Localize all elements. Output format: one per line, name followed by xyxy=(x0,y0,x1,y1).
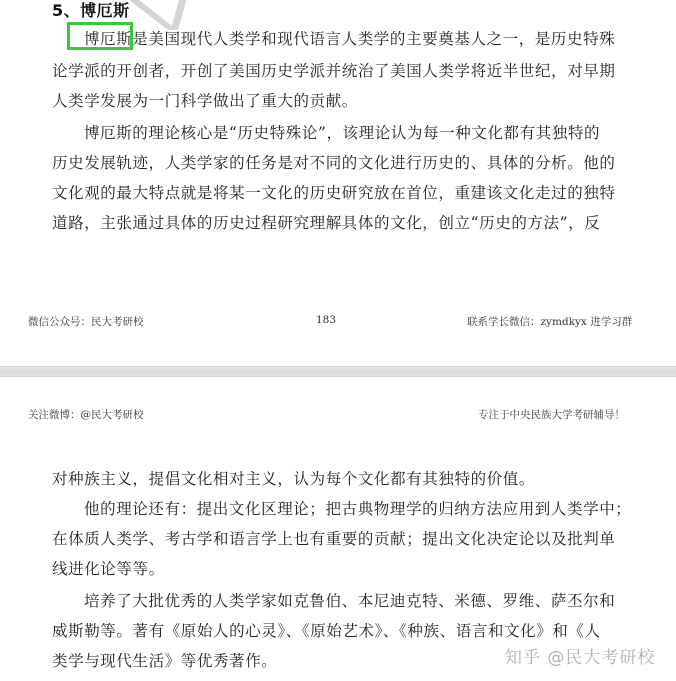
header-slogan: 专注于中央民族大学考研辅导！ xyxy=(478,407,625,422)
paragraph-line: 文化观的最大特点就是将某一文化的历史研究放在首位，重建该文化走过的独特 xyxy=(52,183,616,203)
paragraph-line: 论学派的开创者，开创了美国历史学派并统治了美国人类学将近半世纪，对早期 xyxy=(52,61,616,81)
paragraph-line: 类学与现代生活》等优秀著作。 xyxy=(52,651,277,671)
paragraph-line: 在体质人类学、考古学和语言学上也有重要的贡献；提出文化决定论以及批判单 xyxy=(52,529,616,549)
paragraph-line: 他的理论还有：提出文化区理论；把古典物理学的归纳方法应用到人类学中； xyxy=(84,499,631,519)
page-number: 183 xyxy=(316,314,336,326)
paragraph-line: 历史发展轨迹，人类学家的任务是对不同的文化进行历史的、具体的分析。他的 xyxy=(52,153,616,173)
header-weibo: 关注微博：@民大考研校 xyxy=(28,407,144,422)
document-page-183: 5、博厄斯 博厄斯是美国现代人类学和现代语言人类学的主要奠基人之一，是历史特殊 … xyxy=(0,0,676,366)
paragraph-line: 人类学发展为一门科学做出了重大的贡献。 xyxy=(52,91,358,111)
zhihu-watermark: 知乎 @民大考研校 xyxy=(505,643,655,668)
paragraph-line: 道路，主张通过具体的历史过程研究理解具体的文化，创立“历史的方法”，反 xyxy=(52,213,600,233)
paragraph-line: 对种族主义，提倡文化相对主义，认为每个文化都有其独特的价值。 xyxy=(52,469,535,489)
paragraph-line: 威斯勒等。著有《原始人的心灵》、《原始艺术》、《种族、语言和文化》和《人 xyxy=(52,621,601,641)
paragraph-line: 博厄斯是美国现代人类学和现代语言人类学的主要奠基人之一，是历史特殊 xyxy=(84,29,615,49)
highlight-box-name xyxy=(67,22,133,50)
footer-contact: 联系学长微信：zymdkyx 进学习群 xyxy=(467,314,632,329)
page-separator xyxy=(0,366,676,377)
paragraph-line: 线进化论等等。 xyxy=(52,559,165,579)
footer-wechat-account: 微信公众号：民大考研校 xyxy=(28,314,144,329)
document-page-184: 关注微博：@民大考研校 专注于中央民族大学考研辅导！ 对种族主义，提倡文化相对主… xyxy=(0,377,676,681)
paragraph-line: 培养了大批优秀的人类学家如克鲁伯、本尼迪克特、米德、罗维、萨丕尔和 xyxy=(84,591,615,611)
paragraph-line: 博厄斯的理论核心是“历史特殊论”，该理论认为每一种文化都有其独特的 xyxy=(84,123,600,143)
